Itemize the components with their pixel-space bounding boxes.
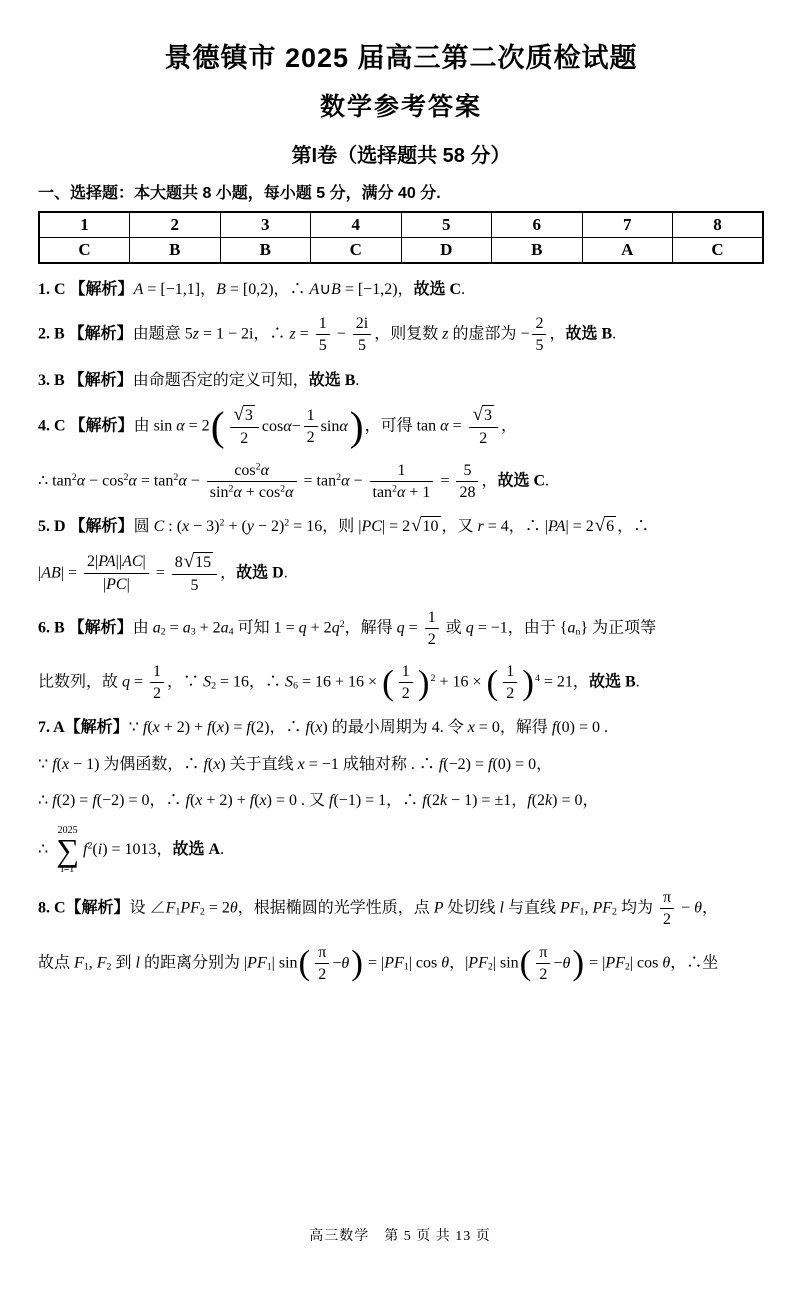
answer-letter-cell: D bbox=[401, 238, 492, 264]
math-fraction: 25 bbox=[532, 314, 546, 355]
math-variable: B bbox=[331, 281, 341, 298]
math-parentheses: (π2 − θ) bbox=[299, 943, 363, 984]
math-variable: q bbox=[397, 619, 405, 636]
section-title: 第I卷（选择题共 58 分） bbox=[38, 139, 764, 168]
answer-letter-cell: B bbox=[130, 238, 221, 264]
subscript: 4 bbox=[229, 626, 234, 637]
math-variable: a bbox=[221, 619, 229, 636]
math-variable: α bbox=[341, 472, 349, 489]
math-variable: P bbox=[434, 900, 444, 917]
subscript: 2 bbox=[488, 961, 493, 972]
math-parentheses: (√32cos α − 12sin α) bbox=[211, 405, 364, 448]
answer-number-row: 1 2 3 4 5 6 7 8 bbox=[39, 212, 763, 238]
math-variable: θ bbox=[694, 900, 702, 917]
math-variable: θ bbox=[230, 900, 238, 917]
math-variable: PF bbox=[180, 900, 200, 917]
subscript: 2 bbox=[625, 961, 630, 972]
bold-text: 故选 C bbox=[497, 472, 545, 489]
math-variable: f bbox=[186, 792, 190, 809]
solution-line: 比数列，故 q = 12，∵ S2 = 16，∴ S6 = 16 + 16 × … bbox=[38, 662, 764, 703]
math-variable: a bbox=[183, 619, 191, 636]
math-variable: k bbox=[440, 792, 447, 809]
math-radical: √6 bbox=[595, 516, 616, 537]
math-radical: √3 bbox=[234, 405, 255, 426]
solution-item: 3. B 【解析】由命题否定的定义可知，故选 B. bbox=[38, 369, 764, 392]
answer-letter-cell: A bbox=[582, 238, 673, 264]
math-variable: S bbox=[285, 673, 293, 690]
superscript: 2 bbox=[284, 518, 289, 529]
math-variable: PA bbox=[98, 553, 115, 570]
superscript: 2 bbox=[87, 840, 92, 851]
math-parentheses: (12) bbox=[382, 662, 429, 703]
answer-table: 1 2 3 4 5 6 7 8 C B B C D B A C bbox=[38, 211, 764, 264]
bold-text: 故选 B bbox=[309, 372, 356, 389]
subscript: n bbox=[575, 626, 580, 637]
math-radical: √3 bbox=[473, 405, 494, 426]
solution-item: 7. A【解析】∵ f(x + 2) + f(x) = f(2)，∴ f(x) … bbox=[38, 716, 764, 875]
math-variable: A bbox=[134, 281, 144, 298]
solution-line: |AB| = 2|PA||AC||PC| = 8√155，故选 D. bbox=[38, 552, 764, 595]
math-variable: r bbox=[478, 518, 484, 535]
subscript: 3 bbox=[191, 626, 196, 637]
math-variable: α bbox=[178, 472, 186, 489]
bold-text: 5. D 【解析】 bbox=[38, 518, 134, 535]
subscript: 2 bbox=[161, 626, 166, 637]
math-variable: x bbox=[213, 756, 220, 773]
math-variable: PA bbox=[548, 518, 565, 535]
math-fraction: cos2αsin2α + cos2α bbox=[207, 461, 297, 502]
solution-line: 7. A【解析】∵ f(x + 2) + f(x) = f(2)，∴ f(x) … bbox=[38, 716, 764, 739]
solution-item: 6. B 【解析】由 a2 = a3 + 2a4 可知 1 = q + 2q2，… bbox=[38, 608, 764, 704]
math-variable: f bbox=[527, 792, 531, 809]
bold-text: 故选 D bbox=[236, 564, 284, 581]
math-variable: α bbox=[440, 417, 448, 434]
answer-letter-cell: C bbox=[311, 238, 402, 264]
solution-line: ∴ 2025∑i=1f2(i) = 1013，故选 A. bbox=[38, 825, 764, 875]
math-variable: x bbox=[182, 518, 189, 535]
math-variable: x bbox=[153, 719, 160, 736]
solution-line: 4. C 【解析】由 sin α = 2(√32cos α − 12sin α)… bbox=[38, 405, 764, 448]
math-variable: f bbox=[422, 792, 426, 809]
math-variable: PF bbox=[384, 954, 404, 971]
solution-item: 1. C 【解析】A = [−1,1]，B = [0,2)，∴ A∪B = [−… bbox=[38, 278, 764, 301]
math-variable: x bbox=[217, 719, 224, 736]
answer-number-cell: 2 bbox=[130, 212, 221, 238]
subscript: 6 bbox=[293, 680, 298, 691]
math-variable: PF bbox=[468, 954, 488, 971]
math-fraction: 12 bbox=[304, 406, 318, 447]
math-variable: q bbox=[299, 619, 307, 636]
math-fraction: 8√155 bbox=[172, 552, 217, 595]
document-page: 景德镇市 2025 届高三第二次质检试题 数学参考答案 第I卷（选择题共 58 … bbox=[0, 0, 800, 984]
math-variable: F bbox=[166, 900, 176, 917]
solution-line: ∵ f(x − 1) 为偶函数，∴ f(x) 关于直线 x = −1 成轴对称 … bbox=[38, 753, 764, 776]
subscript: 1 bbox=[267, 961, 272, 972]
bold-text: 故选 A bbox=[173, 841, 221, 858]
math-variable: f bbox=[203, 756, 207, 773]
math-fraction: 15 bbox=[316, 314, 330, 355]
math-variable: α bbox=[261, 462, 269, 479]
math-fraction: √32 bbox=[230, 405, 259, 448]
math-variable: PF bbox=[592, 900, 612, 917]
superscript: 2 bbox=[340, 619, 345, 630]
solutions-list: 1. C 【解析】A = [−1,1]，B = [0,2)，∴ A∪B = [−… bbox=[38, 278, 764, 984]
answer-number-cell: 8 bbox=[673, 212, 764, 238]
answer-number-cell: 6 bbox=[492, 212, 583, 238]
solution-line: 2. B 【解析】由题意 5z = 1 − 2i，∴ z = 15 − 2i5，… bbox=[38, 314, 764, 355]
solution-item: 4. C 【解析】由 sin α = 2(√32cos α − 12sin α)… bbox=[38, 405, 764, 503]
math-fraction: 12 bbox=[399, 662, 413, 703]
subscript: 2 bbox=[211, 680, 216, 691]
math-variable: x bbox=[315, 719, 322, 736]
bold-text: 2. B 【解析】 bbox=[38, 326, 133, 343]
math-fraction: 1tan2α + 1 bbox=[370, 461, 434, 502]
answer-letter-cell: B bbox=[492, 238, 583, 264]
math-radical: √10 bbox=[411, 516, 440, 537]
bold-text: 故选 B bbox=[565, 326, 612, 343]
answer-number-cell: 3 bbox=[220, 212, 311, 238]
bold-text: 4. C 【解析】 bbox=[38, 417, 134, 434]
bold-text: 3. B 【解析】 bbox=[38, 372, 133, 389]
math-fraction: 12 bbox=[425, 608, 439, 649]
bold-text: 故选 C bbox=[414, 281, 462, 298]
subscript: 2 bbox=[612, 907, 617, 918]
math-variable: f bbox=[250, 792, 254, 809]
math-variable: α bbox=[397, 484, 405, 501]
subscript: 1 bbox=[404, 961, 409, 972]
math-variable: PC bbox=[361, 518, 381, 535]
math-variable: θ bbox=[563, 952, 571, 975]
math-variable: A bbox=[310, 281, 320, 298]
subscript: 2 bbox=[200, 907, 205, 918]
math-variable: l bbox=[500, 900, 504, 917]
math-fraction: 2|PA||AC||PC| bbox=[84, 552, 149, 593]
math-variable: f bbox=[52, 792, 56, 809]
superscript: 2 bbox=[220, 518, 225, 529]
math-variable: z bbox=[289, 326, 295, 343]
answer-letter-cell: C bbox=[39, 238, 130, 264]
math-parentheses: (12) bbox=[487, 662, 534, 703]
answer-number-cell: 1 bbox=[39, 212, 130, 238]
math-variable: a bbox=[153, 619, 161, 636]
math-variable: α bbox=[128, 472, 136, 489]
solution-item: 2. B 【解析】由题意 5z = 1 − 2i，∴ z = 15 − 2i5，… bbox=[38, 314, 764, 355]
math-variable: S bbox=[203, 673, 211, 690]
math-variable: x bbox=[298, 756, 305, 773]
subscript: 1 bbox=[580, 907, 585, 918]
math-fraction: 528 bbox=[456, 461, 478, 502]
instruction-text: 一、选择题：本大题共 8 小题，每小题 5 分，满分 40 分. bbox=[38, 180, 764, 203]
answer-number-cell: 5 bbox=[401, 212, 492, 238]
answer-letter-cell: C bbox=[673, 238, 764, 264]
solution-line: 3. B 【解析】由命题否定的定义可知，故选 B. bbox=[38, 369, 764, 392]
math-fraction: π2 bbox=[660, 888, 674, 929]
solution-line: 故点 F1, F2 到 l 的距离分别为 |PF1| sin(π2 − θ) =… bbox=[38, 943, 764, 984]
solution-line: 5. D 【解析】圆 C : (x − 3)2 + (y − 2)2 = 16，… bbox=[38, 515, 764, 538]
math-fraction: 2i5 bbox=[353, 314, 371, 355]
math-parentheses: (π2 − θ) bbox=[520, 943, 584, 984]
answer-number-cell: 7 bbox=[582, 212, 673, 238]
solution-line: ∴ f(2) = f(−2) = 0，∴ f(x + 2) + f(x) = 0… bbox=[38, 789, 764, 812]
math-variable: θ bbox=[441, 954, 449, 971]
solution-line: 8. C【解析】设 ∠F1PF2 = 2θ，根据椭圆的光学性质，点 P 处切线 … bbox=[38, 888, 764, 929]
math-variable: F bbox=[97, 954, 107, 971]
bold-text: 故选 B bbox=[589, 673, 636, 690]
solution-line: ∴ tan2α − cos2α = tan2α − cos2αsin2α + c… bbox=[38, 461, 764, 502]
math-variable: f bbox=[488, 756, 492, 773]
math-radical: √15 bbox=[184, 552, 213, 573]
math-variable: x bbox=[260, 792, 267, 809]
math-summation: 2025∑i=1 bbox=[56, 825, 79, 875]
answer-letter-row: C B B C D B A C bbox=[39, 238, 763, 264]
math-variable: y bbox=[247, 518, 254, 535]
math-variable: α bbox=[176, 417, 184, 434]
math-variable: C bbox=[154, 518, 165, 535]
math-variable: z bbox=[442, 326, 448, 343]
math-variable: f bbox=[143, 719, 147, 736]
math-fraction: π2 bbox=[536, 943, 550, 984]
math-variable: i bbox=[98, 841, 102, 858]
bold-text: 1. C 【解析】 bbox=[38, 281, 134, 298]
math-variable: PF bbox=[560, 900, 580, 917]
math-variable: AB bbox=[41, 564, 61, 581]
math-variable: f bbox=[552, 719, 556, 736]
math-fraction: √32 bbox=[469, 405, 498, 448]
math-fraction: 12 bbox=[150, 662, 164, 703]
math-variable: PF bbox=[247, 954, 267, 971]
page-footer: 高三数学 第 5 页 共 13 页 bbox=[0, 1225, 800, 1245]
math-variable: θ bbox=[662, 954, 670, 971]
bold-text: 7. A【解析】 bbox=[38, 719, 129, 736]
bold-text: 6. B 【解析】 bbox=[38, 619, 133, 636]
page-title: 景德镇市 2025 届高三第二次质检试题 bbox=[38, 36, 764, 75]
math-variable: f bbox=[246, 719, 250, 736]
math-variable: f bbox=[306, 719, 310, 736]
math-variable: α bbox=[285, 484, 293, 501]
math-variable: PC bbox=[106, 576, 126, 593]
superscript: 4 bbox=[535, 673, 540, 684]
math-variable: α bbox=[339, 415, 347, 438]
math-fraction: π2 bbox=[315, 943, 329, 984]
math-variable: q bbox=[332, 619, 340, 636]
solution-line: 6. B 【解析】由 a2 = a3 + 2a4 可知 1 = q + 2q2，… bbox=[38, 608, 764, 649]
math-variable: f bbox=[329, 792, 333, 809]
superscript: 2 bbox=[431, 673, 436, 684]
answer-number-cell: 4 bbox=[311, 212, 402, 238]
math-variable: PF bbox=[605, 954, 625, 971]
math-variable: f bbox=[439, 756, 443, 773]
math-variable: l bbox=[136, 954, 140, 971]
math-variable: q bbox=[122, 673, 130, 690]
solution-item: 8. C【解析】设 ∠F1PF2 = 2θ，根据椭圆的光学性质，点 P 处切线 … bbox=[38, 888, 764, 984]
math-fraction: 12 bbox=[503, 662, 517, 703]
math-variable: f bbox=[207, 719, 211, 736]
math-variable: q bbox=[466, 619, 474, 636]
math-variable: B bbox=[216, 281, 226, 298]
math-variable: x bbox=[62, 756, 69, 773]
math-variable: z bbox=[193, 326, 199, 343]
subscript: 1 bbox=[84, 961, 89, 972]
math-variable: f bbox=[92, 792, 96, 809]
solution-line: 1. C 【解析】A = [−1,1]，B = [0,2)，∴ A∪B = [−… bbox=[38, 278, 764, 301]
bold-text: 8. C【解析】 bbox=[38, 900, 130, 917]
math-variable: AC bbox=[122, 553, 142, 570]
math-variable: k bbox=[545, 792, 552, 809]
math-variable: F bbox=[74, 954, 84, 971]
math-variable: α bbox=[233, 484, 241, 501]
math-variable: x bbox=[195, 792, 202, 809]
subscript: 2 bbox=[107, 961, 112, 972]
math-variable: x bbox=[468, 719, 475, 736]
math-variable: α bbox=[77, 472, 85, 489]
page-subtitle: 数学参考答案 bbox=[38, 87, 764, 123]
answer-letter-cell: B bbox=[220, 238, 311, 264]
solution-item: 5. D 【解析】圆 C : (x − 3)2 + (y − 2)2 = 16，… bbox=[38, 515, 764, 594]
math-variable: α bbox=[283, 415, 291, 438]
math-variable: f bbox=[52, 756, 56, 773]
math-variable: θ bbox=[341, 952, 349, 975]
